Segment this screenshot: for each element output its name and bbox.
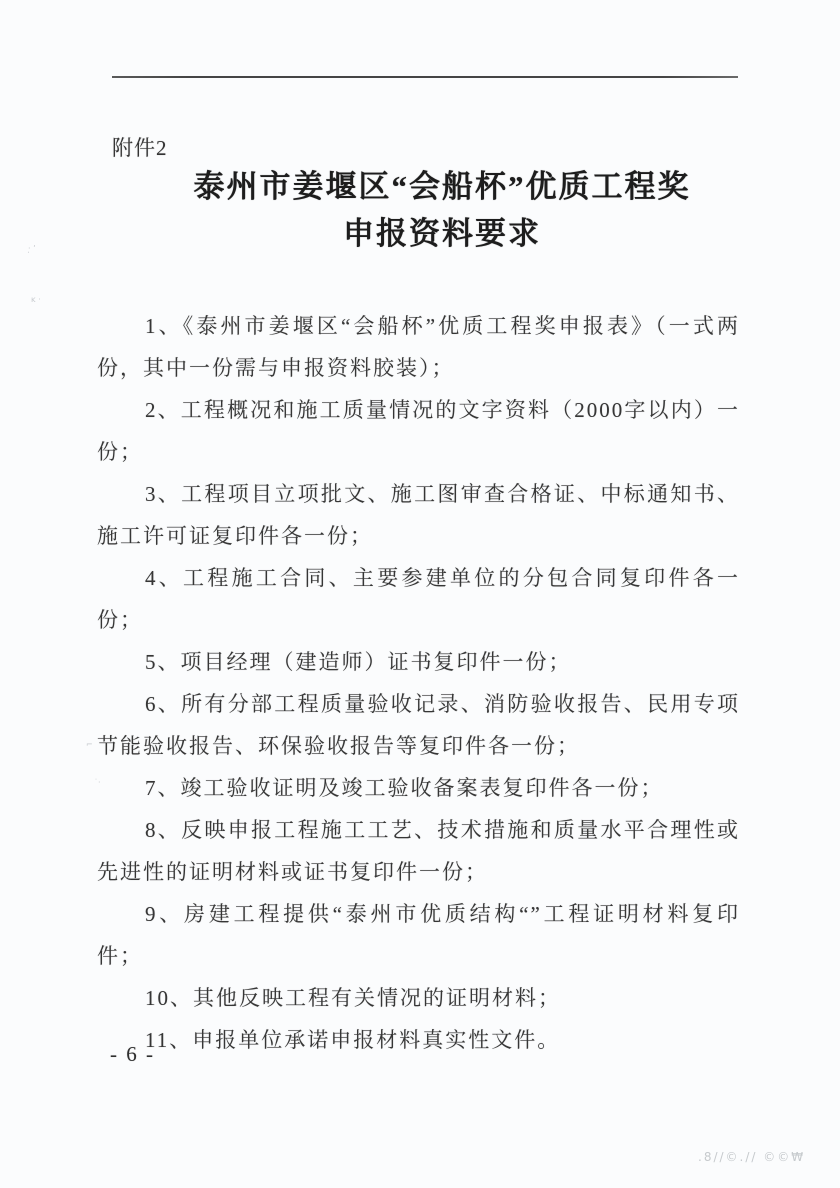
list-item-4: 4、工程施工合同、主要参建单位的分包合同复印件各一份； bbox=[97, 557, 740, 641]
attachment-label: 附件2 bbox=[112, 132, 168, 162]
page-number: - 6 - bbox=[110, 1042, 155, 1067]
scan-speck: ·̦ ʼ bbox=[28, 245, 36, 253]
scan-watermark: .8//©.// ©©₩ bbox=[698, 1150, 828, 1164]
scan-speck: ⌐ bbox=[86, 741, 93, 749]
list-item-2: 2、工程概况和施工质量情况的文字资料（2000字以内）一份； bbox=[97, 389, 740, 473]
list-item-11: 11、申报单位承诺申报材料真实性文件。 bbox=[97, 1019, 740, 1061]
list-item-6: 6、所有分部工程质量验收记录、消防验收报告、民用专项节能验收报告、环保验收报告等… bbox=[97, 683, 740, 767]
list-item-9: 9、房建工程提供“泰州市优质结构“”工程证明材料复印件； bbox=[97, 893, 740, 977]
scan-speck: ˙· bbox=[94, 779, 101, 787]
list-item-5: 5、项目经理（建造师）证书复印件一份； bbox=[97, 641, 740, 683]
document-title-line1: 泰州市姜堰区“会船杯”优质工程奖 bbox=[117, 163, 767, 210]
list-item-8: 8、反映申报工程施工工艺、技术措施和质量水平合理性或先进性的证明材料或证书复印件… bbox=[97, 809, 740, 893]
requirements-list: 1、《泰州市姜堰区“会船杯”优质工程奖申报表》（一式两份，其中一份需与申报资料胶… bbox=[97, 305, 740, 1061]
list-item-10: 10、其他反映工程有关情况的证明材料； bbox=[97, 977, 740, 1019]
scanned-document-page: 附件2 泰州市姜堰区“会船杯”优质工程奖 申报资料要求 1、《泰州市姜堰区“会船… bbox=[0, 0, 840, 1188]
document-title: 泰州市姜堰区“会船杯”优质工程奖 申报资料要求 bbox=[117, 163, 767, 257]
document-title-line2: 申报资料要求 bbox=[117, 210, 767, 257]
list-item-1: 1、《泰州市姜堰区“会船杯”优质工程奖申报表》（一式两份，其中一份需与申报资料胶… bbox=[97, 305, 740, 389]
list-item-3: 3、工程项目立项批文、施工图审查合格证、中标通知书、施工许可证复印件各一份； bbox=[97, 473, 740, 557]
list-item-7: 7、竣工验收证明及竣工验收备案表复印件各一份； bbox=[97, 767, 740, 809]
scan-speck: ĸ · bbox=[31, 296, 41, 304]
header-rule-line bbox=[112, 76, 738, 78]
